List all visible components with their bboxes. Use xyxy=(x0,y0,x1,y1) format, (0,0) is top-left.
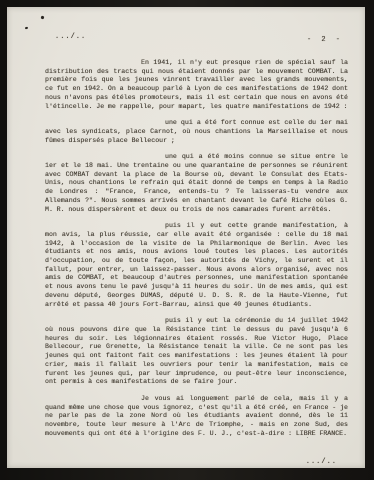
paragraph-manifestation-18-mai: puis il y eut cette grande manifestation… xyxy=(45,222,348,309)
paragraph-manifestation-1er-mai: une qui a été fort connue est celle du 1… xyxy=(45,119,348,145)
dust-speck xyxy=(41,16,45,20)
document-page: .../.. - 2 - En 1941, il n'y eut presque… xyxy=(7,7,365,468)
page-number: - 2 - xyxy=(307,36,343,44)
continuation-mark-bottom: .../.. xyxy=(306,458,337,466)
paragraph-manifestation-bourse: une qui a été moins connue se situe entr… xyxy=(45,153,348,214)
paragraph-conclusion-libre-france: Je vous ai longuement parlé de cela, mai… xyxy=(45,395,348,439)
dust-speck xyxy=(25,27,28,30)
continuation-mark-top: .../.. xyxy=(55,33,86,41)
document-text: En 1941, il n'y eut presque rien de spéc… xyxy=(45,59,348,446)
paragraph-intro-1941: En 1941, il n'y eut presque rien de spéc… xyxy=(45,59,348,111)
scan-border: .../.. - 2 - En 1941, il n'y eut presque… xyxy=(0,0,374,480)
paragraph-ceremonie-14-juillet: puis il y eut la cérémonie du 14 juillet… xyxy=(45,317,348,387)
